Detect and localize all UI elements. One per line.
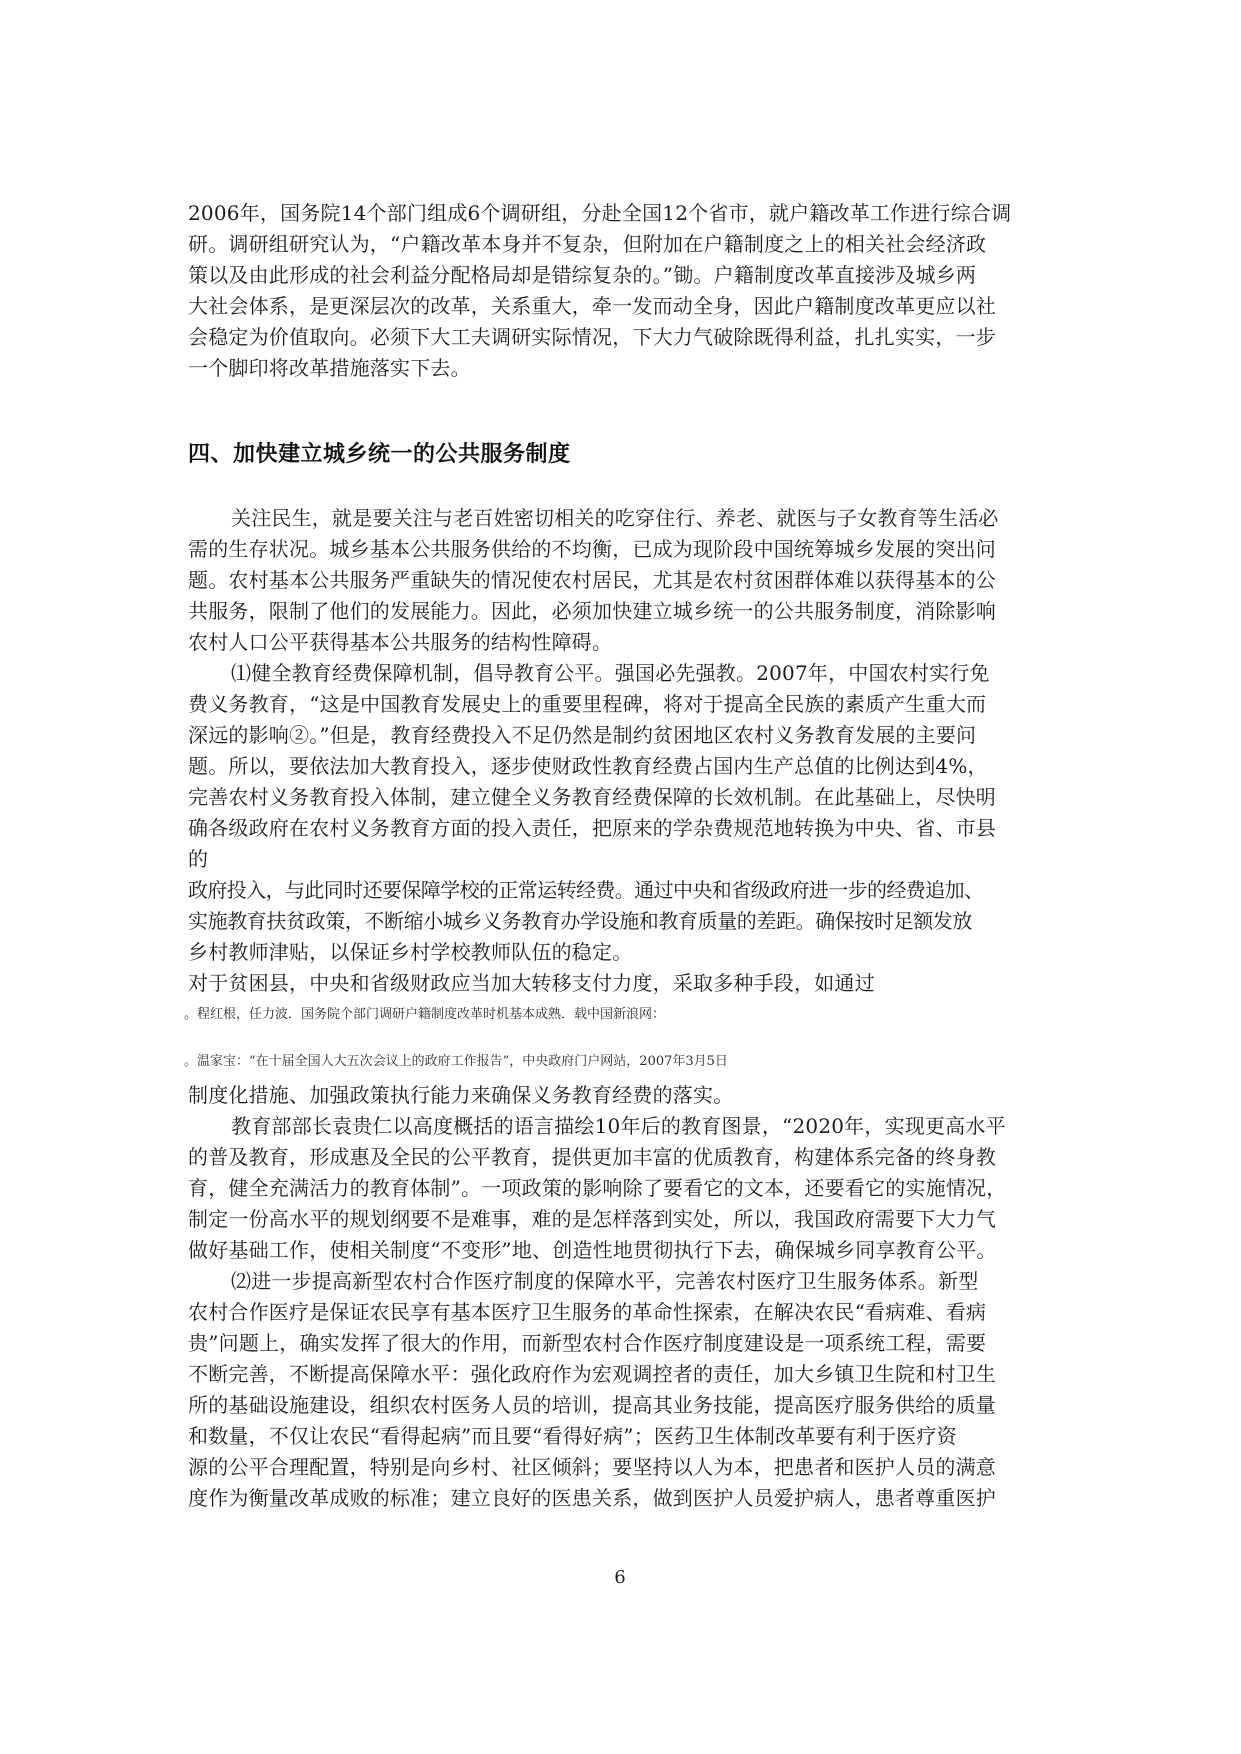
paragraph-line: 需的生存状况。城乡基本公共服务供给的不均衡，已成为现阶段中国统筹城乡发展的突出问 xyxy=(188,534,1058,565)
paragraph-line: 研。调研组研究认为，“户籍改革本身并不复杂，但附加在户籍制度之上的相关社会经济政 xyxy=(188,229,1058,260)
paragraph-line: 制定一份高水平的规划纲要不是难事，难的是怎样落到实处，所以，我国政府需要下大力气 xyxy=(188,1204,1058,1235)
paragraph-line: 确各级政府在农村义务教育方面的投入责任，把原来的学杂费规范地转换为中央、省、市县 xyxy=(188,813,1058,844)
paragraph-line: 和数量，不仅让农民“看得起病”而且要“看得好病”；医药卫生体制改革要有利于医疗资 xyxy=(188,1421,1058,1452)
paragraph-line: 乡村教师津贴，以保证乡村学校教师队伍的稳定。 xyxy=(188,937,1058,968)
paragraph-line: 完善农村义务教育投入体制，建立健全义务教育经费保障的长效机制。在此基础上，尽快明 xyxy=(188,782,1058,813)
paragraph-line: 关注民生，就是要关注与老百姓密切相关的吃穿住行、养老、就医与子女教育等生活必 xyxy=(231,503,1101,534)
footnote-1: 。程红根，任力波．国务院个部门调研户籍制度改革时机基本成熟．载中国新浪网： xyxy=(184,1005,665,1025)
paragraph-line: 策以及由此形成的社会利益分配格局却是错综复杂的。”锄。户籍制度改革直接涉及城乡两 xyxy=(188,260,1058,291)
paragraph-line: 贵”问题上，确实发挥了很大的作用，而新型农村合作医疗制度建设是一项系统工程，需要 xyxy=(188,1328,1058,1359)
paragraph-line: 一个脚印将改革措施落实下去。 xyxy=(188,353,1058,384)
paragraph-line: 政府投入，与此同时还要保障学校的正常运转经费。通过中央和省级政府进一步的经费追加… xyxy=(188,875,1058,906)
paragraph-line: 的 xyxy=(188,844,1058,875)
paragraph-line: ⑴健全教育经费保障机制，倡导教育公平。强国必先强教。2007年，中国农村实行免 xyxy=(231,658,1101,689)
paragraph-line: 题。农村基本公共服务严重缺失的情况使农村居民，尤其是农村贫困群体难以获得基本的公 xyxy=(188,565,1058,596)
paragraph-line: 题。所以，要依法加大教育投入，逐步使财政性教育经费占国内生产总值的比例达到4%， xyxy=(188,751,1058,782)
paragraph-line: 大社会体系，是更深层次的改革，关系重大，牵一发而动全身，因此户籍制度改革更应以社 xyxy=(188,291,1058,322)
paragraph-line: 对于贫困县，中央和省级财政应当加大转移支付力度，采取多种手段，如通过 xyxy=(188,968,1058,999)
paragraph-line: 深远的影响②。”但是，教育经费投入不足仍然是制约贫困地区农村义务教育发展的主要问 xyxy=(188,720,1058,751)
page-number: 6 xyxy=(610,1566,630,1590)
paragraph-line: 农村合作医疗是保证农民享有基本医疗卫生服务的革命性探索，在解决农民“看病难、看病 xyxy=(188,1297,1058,1328)
paragraph-line: 度作为衡量改革成败的标准；建立良好的医患关系，做到医护人员爱护病人，患者尊重医护 xyxy=(188,1483,1058,1514)
paragraph-line: 会稳定为价值取向。必须下大工夫调研实际情况，下大力气破除既得利益，扎扎实实，一步 xyxy=(188,322,1058,353)
paragraph-line: 共服务，限制了他们的发展能力。因此，必须加快建立城乡统一的公共服务制度，消除影响 xyxy=(188,596,1058,627)
paragraph-line: 农村人口公平获得基本公共服务的结构性障碍。 xyxy=(188,627,1058,658)
paragraph-line: 实施教育扶贫政策，不断缩小城乡义务教育办学设施和教育质量的差距。确保按时足额发放 xyxy=(188,906,1058,937)
footnote-2: 。温家宝：“在十届全国人大五次会议上的政府工作报告”，中央政府门户网站，2007… xyxy=(184,1052,728,1072)
paragraph-line: 的普及教育，形成惠及全民的公平教育，提供更加丰富的优质教育，构建体系完备的终身教 xyxy=(188,1142,1058,1173)
paragraph-line: 不断完善，不断提高保障水平：强化政府作为宏观调控者的责任，加大乡镇卫生院和村卫生 xyxy=(188,1359,1058,1390)
paragraph-line: 制度化措施、加强政策执行能力来确保义务教育经费的落实。 xyxy=(188,1080,1058,1111)
paragraph-line: 教育部部长袁贵仁以高度概括的语言描绘10年后的教育图景，“2020年，实现更高水… xyxy=(231,1111,1101,1142)
paragraph-line: 做好基础工作，使相关制度“不变形”地、创造性地贯彻执行下去，确保城乡同享教育公平… xyxy=(188,1235,1058,1266)
paragraph-line: 所的基础设施建设，组织农村医务人员的培训，提高其业务技能，提高医疗服务供给的质量 xyxy=(188,1390,1058,1421)
paragraph-line: ⑵进一步提高新型农村合作医疗制度的保障水平，完善农村医疗卫生服务体系。新型 xyxy=(231,1266,1101,1297)
paragraph-line: 源的公平合理配置，特别是向乡村、社区倾斜；要坚持以人为本，把患者和医护人员的满意 xyxy=(188,1452,1058,1483)
paragraph-line: 费义务教育，“这是中国教育发展史上的重要里程碑，将对于提高全民族的素质产生重大而 xyxy=(188,689,1058,720)
paragraph-line: 育，健全充满活力的教育体制”。一项政策的影响除了要看它的文本，还要看它的实施情况… xyxy=(188,1173,1058,1204)
paragraph-line: 2006年，国务院14个部门组成6个调研组，分赴全国12个省市，就户籍改革工作进… xyxy=(188,198,1058,229)
section-heading: 四、加快建立城乡统一的公共服务制度 xyxy=(188,437,571,473)
document-page: 2006年，国务院14个部门组成6个调研组，分赴全国12个省市，就户籍改革工作进… xyxy=(0,0,1241,1754)
